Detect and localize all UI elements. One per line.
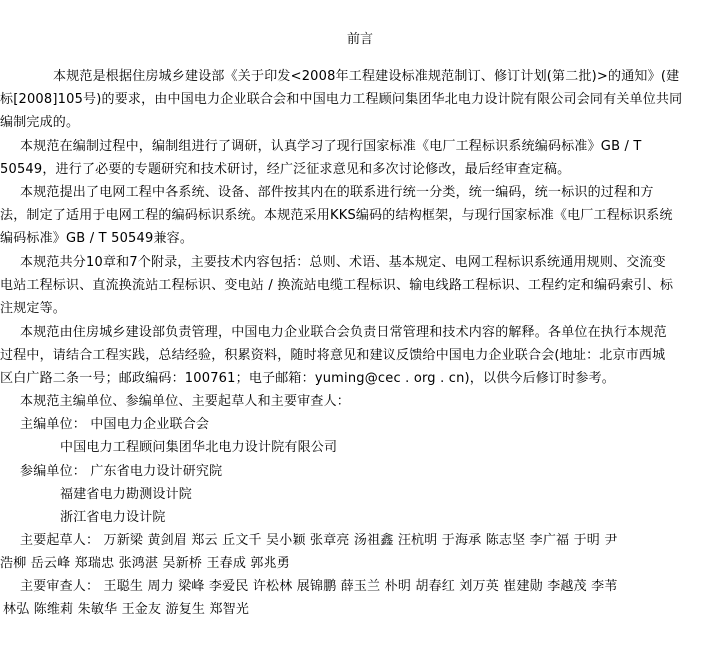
participating-unit-line: 浙江省电力设计院: [60, 509, 166, 527]
paragraph-management-line: 区白广路二条一号；邮政编码：100761；电子邮箱：yuming@cec . o…: [0, 370, 615, 388]
paragraph-intro-line: 编制完成的。: [0, 114, 79, 132]
participating-unit-line: 参编单位： 广东省电力设计研究院: [20, 463, 222, 481]
reviewers-line: 主要审查人： 王聪生 周力 梁峰 李爱民 许松林 展锦鹏 薛玉兰 朴明 胡春红 …: [20, 578, 618, 596]
paragraph-contents-line: 本规范共分10章和7个附录，主要技术内容包括：总则、术语、基本规定、电网工程标识…: [20, 254, 666, 272]
document-page: 前言 本规范是根据住房城乡建设部《关于印发<2008年工程建设标准规范制订、修订…: [0, 0, 720, 646]
paragraph-process-line: 本规范在编制过程中，编制组进行了调研，认真学习了现行国家标准《电厂工程标识系统编…: [20, 138, 642, 156]
drafters-line: 主要起草人： 万新梁 黄剑眉 郑云 丘文千 吴小颖 张章亮 汤祖鑫 汪杭明 于海…: [20, 532, 618, 550]
paragraph-intro-line: 本规范是根据住房城乡建设部《关于印发<2008年工程建设标准规范制订、修订计划(…: [53, 68, 679, 86]
chief-editor-unit-line: 主编单位： 中国电力企业联合会: [20, 416, 209, 434]
paragraph-management-line: 本规范由住房城乡建设部负责管理，中国电力企业联合会负责日常管理和技术内容的解释。…: [20, 324, 667, 342]
participating-unit-line: 福建省电力勘测设计院: [60, 486, 192, 504]
paragraph-contents-line: 电站工程标识、直流换流站工程标识、变电站 / 换流站电缆工程标识、输电线路工程标…: [0, 277, 673, 295]
paragraph-scope-line: 编码标准》GB / T 50549兼容。: [0, 230, 193, 248]
paragraph-intro-line: 标[2008]105号)的要求，由中国电力企业联合会和中国电力工程顾问集团华北电…: [0, 91, 682, 109]
page-title: 前言: [0, 31, 720, 49]
paragraph-scope-line: 本规范提出了电网工程中各系统、设备、部件按其内在的联系进行统一分类，统一编码，统…: [20, 184, 654, 202]
participants-heading: 本规范主编单位、参编单位、主要起草人和主要审查人：: [20, 393, 350, 411]
paragraph-process-line: 50549，进行了必要的专题研究和技术研讨，经广泛征求意见和多次讨论修改，最后经…: [0, 161, 570, 179]
reviewers-line: 林弘 陈维莉 朱敏华 王金友 游复生 郑智光: [3, 601, 249, 619]
chief-editor-unit-line: 中国电力工程顾问集团华北电力设计院有限公司: [60, 439, 337, 457]
paragraph-management-line: 过程中，请结合工程实践，总结经验，积累资料，随时将意见和建议反馈给中国电力企业联…: [0, 347, 665, 365]
paragraph-contents-line: 注规定等。: [0, 300, 66, 318]
paragraph-scope-line: 法，制定了适用于电网工程的编码标识系统。本规范采用KKS编码的结构框架，与现行国…: [0, 207, 673, 225]
drafters-line: 浩柳 岳云峰 郑瑞忠 张鸿湛 吴新桥 王春成 郭兆勇: [0, 555, 290, 573]
